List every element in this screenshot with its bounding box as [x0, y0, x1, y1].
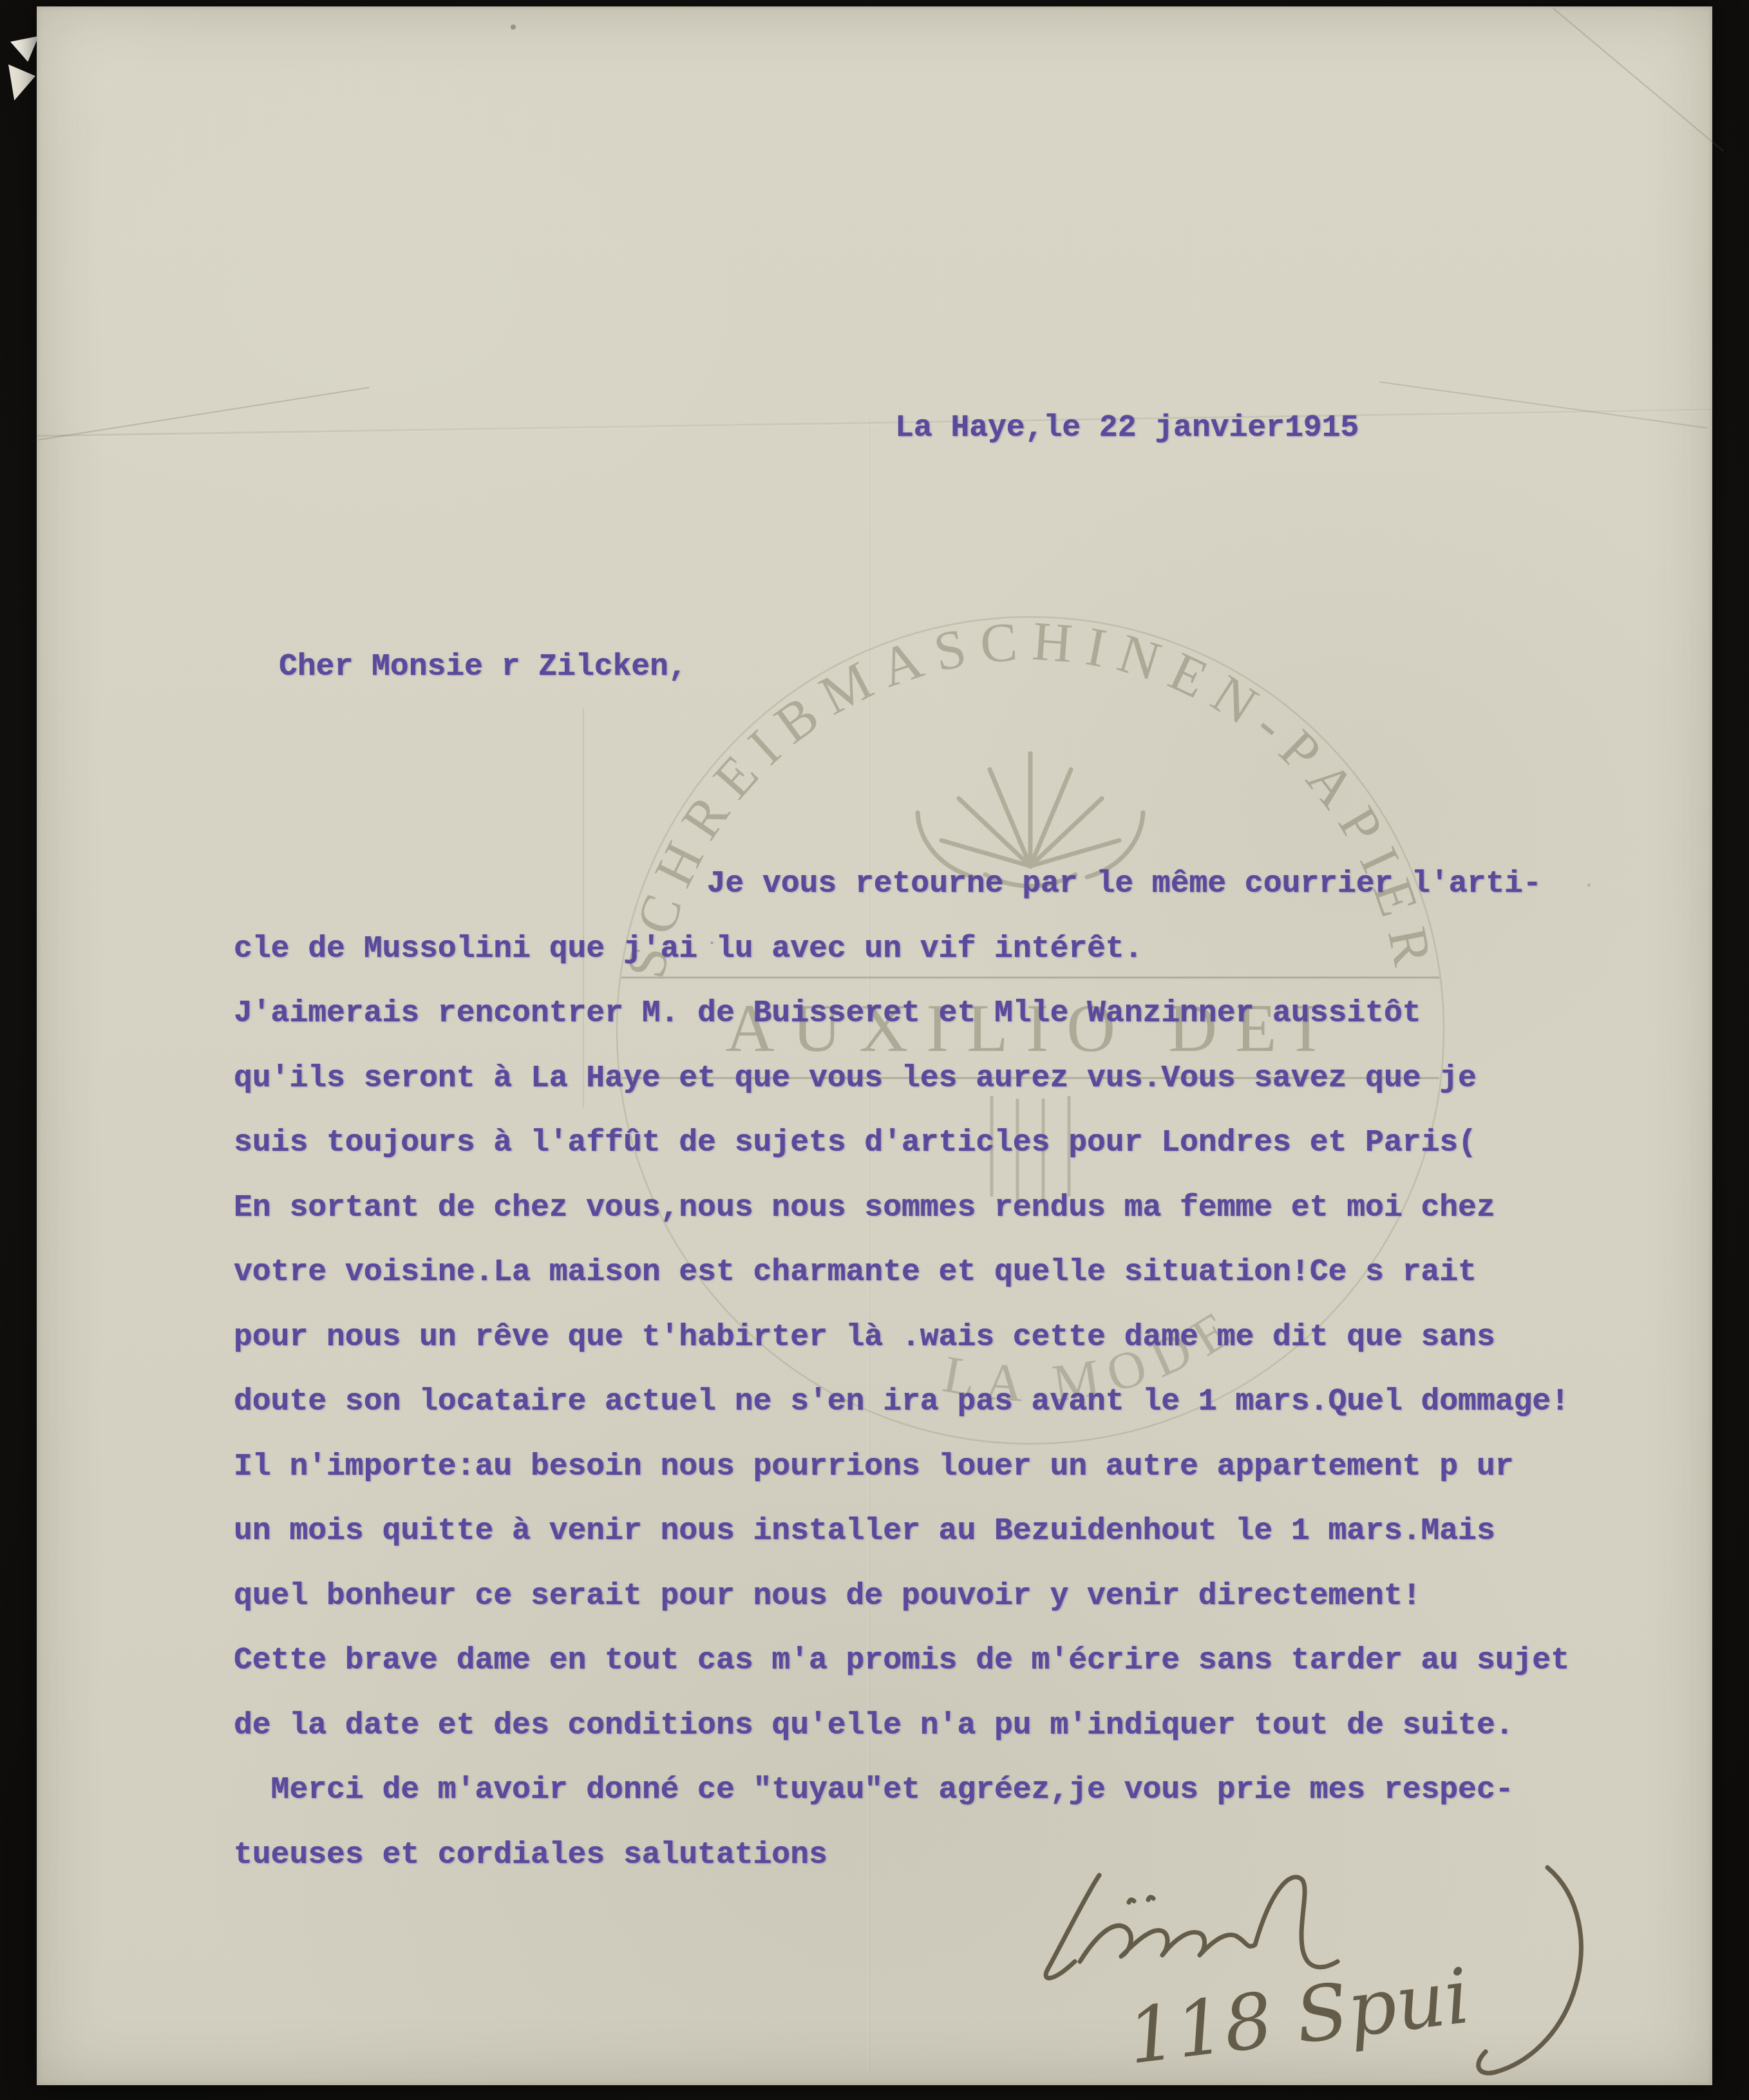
letter-dateline: La Haye,le 22 janvier1915: [895, 410, 1359, 446]
body-line: quel bonheur ce serait pour nous de pouv…: [234, 1564, 1569, 1629]
body-line: qu'ils seront à La Haye et que vous les …: [234, 1046, 1569, 1111]
body-line: Cette brave dame en tout cas m'a promis …: [234, 1629, 1569, 1694]
dust-speck: [511, 24, 516, 30]
body-line: Je vous retourne par le même courrier l'…: [234, 852, 1569, 917]
body-line: J'aimerais rencontrer M. de Buisseret et…: [234, 981, 1569, 1046]
body-line: doute son locataire actuel ne s'en ira p…: [234, 1370, 1569, 1435]
letter-salutation: Cher Monsie r Zilcken,: [279, 649, 687, 685]
scanned-letter-page: SCHREIBMASCHINEN-PAPIER AUXILIO DEI LA M…: [0, 0, 1749, 2100]
body-line: un mois quitte à venir nous installer au…: [234, 1499, 1569, 1564]
body-line: pour nous un rêve que t'habirter là .wai…: [234, 1305, 1569, 1370]
signature-handwriting: 118 Spui: [1003, 1848, 1647, 2093]
body-line: Merci de m'avoir donné ce "tuyau"et agré…: [234, 1758, 1569, 1823]
body-line: Il n'importe:au besoin nous pourrions lo…: [234, 1435, 1569, 1500]
body-line: votre voisine.La maison est charmante et…: [234, 1240, 1569, 1305]
body-line: En sortant de chez vous,nous nous sommes…: [234, 1176, 1569, 1241]
letter-paper: SCHREIBMASCHINEN-PAPIER AUXILIO DEI LA M…: [37, 6, 1712, 2085]
torn-paper-bit: [8, 64, 35, 100]
handwritten-address: 118 Spui: [1123, 1951, 1475, 2081]
body-line: suis toujours à l'affût de sujets d'arti…: [234, 1111, 1569, 1176]
dust-speck: [1587, 884, 1591, 887]
body-line: cle de Mussolini que j'ai lu avec un vif…: [234, 917, 1569, 982]
letter-body: Je vous retourne par le même courrier l'…: [234, 852, 1569, 1887]
torn-paper-bit: [10, 36, 39, 62]
body-line: de la date et des conditions qu'elle n'a…: [234, 1694, 1569, 1759]
